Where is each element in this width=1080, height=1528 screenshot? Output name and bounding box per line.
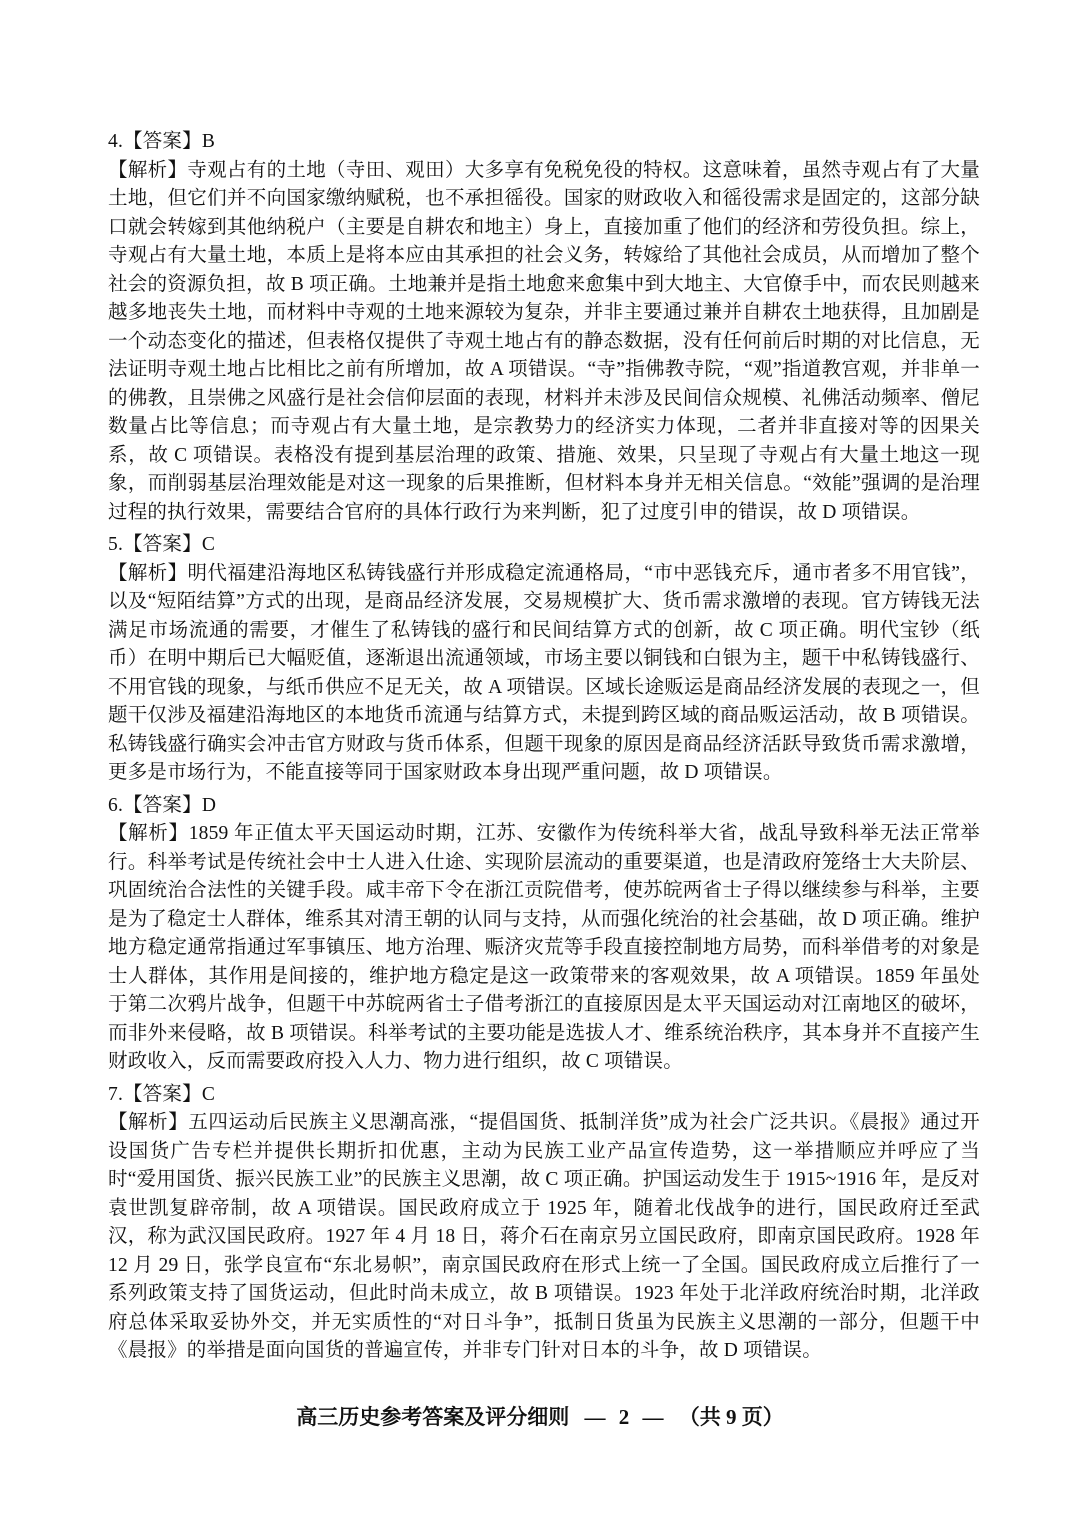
question-4-answer-line: 4.【答案】B	[108, 128, 980, 157]
footer-page-number: — 2 —	[585, 1402, 668, 1432]
question-7-block: 7.【答案】C 【解析】五四运动后民族主义思潮高涨，“提倡国货、抵制洋货”成为社…	[108, 1081, 980, 1366]
question-4-block: 4.【答案】B 【解析】寺观占有的土地（寺田、观田）大多享有免税免役的特权。这意…	[108, 128, 980, 527]
answer-key-content: 4.【答案】B 【解析】寺观占有的土地（寺田、观田）大多享有免税免役的特权。这意…	[108, 128, 980, 1366]
answer-key-page: 4.【答案】B 【解析】寺观占有的土地（寺田、观田）大多享有免税免役的特权。这意…	[0, 0, 1080, 1528]
footer-total-pages: （共 9 页）	[679, 1402, 784, 1432]
question-7-explanation: 【解析】五四运动后民族主义思潮高涨，“提倡国货、抵制洋货”成为社会广泛共识。《晨…	[108, 1109, 980, 1366]
question-7-answer-line: 7.【答案】C	[108, 1081, 980, 1110]
question-4-explanation: 【解析】寺观占有的土地（寺田、观田）大多享有免税免役的特权。这意味着，虽然寺观占…	[108, 157, 980, 528]
question-6-answer-line: 6.【答案】D	[108, 792, 980, 821]
page-footer: 高三历史参考答案及评分细则 — 2 — （共 9 页）	[0, 1402, 1080, 1432]
question-6-explanation: 【解析】1859 年正值太平天国运动时期，江苏、安徽作为传统科举大省，战乱导致科…	[108, 820, 980, 1077]
question-5-block: 5.【答案】C 【解析】明代福建沿海地区私铸钱盛行并形成稳定流通格局，“市中恶钱…	[108, 531, 980, 788]
question-5-explanation: 【解析】明代福建沿海地区私铸钱盛行并形成稳定流通格局，“市中恶钱充斥，通市者多不…	[108, 560, 980, 788]
question-5-answer-line: 5.【答案】C	[108, 531, 980, 560]
question-6-block: 6.【答案】D 【解析】1859 年正值太平天国运动时期，江苏、安徽作为传统科举…	[108, 792, 980, 1077]
footer-document-title: 高三历史参考答案及评分细则	[296, 1402, 569, 1432]
